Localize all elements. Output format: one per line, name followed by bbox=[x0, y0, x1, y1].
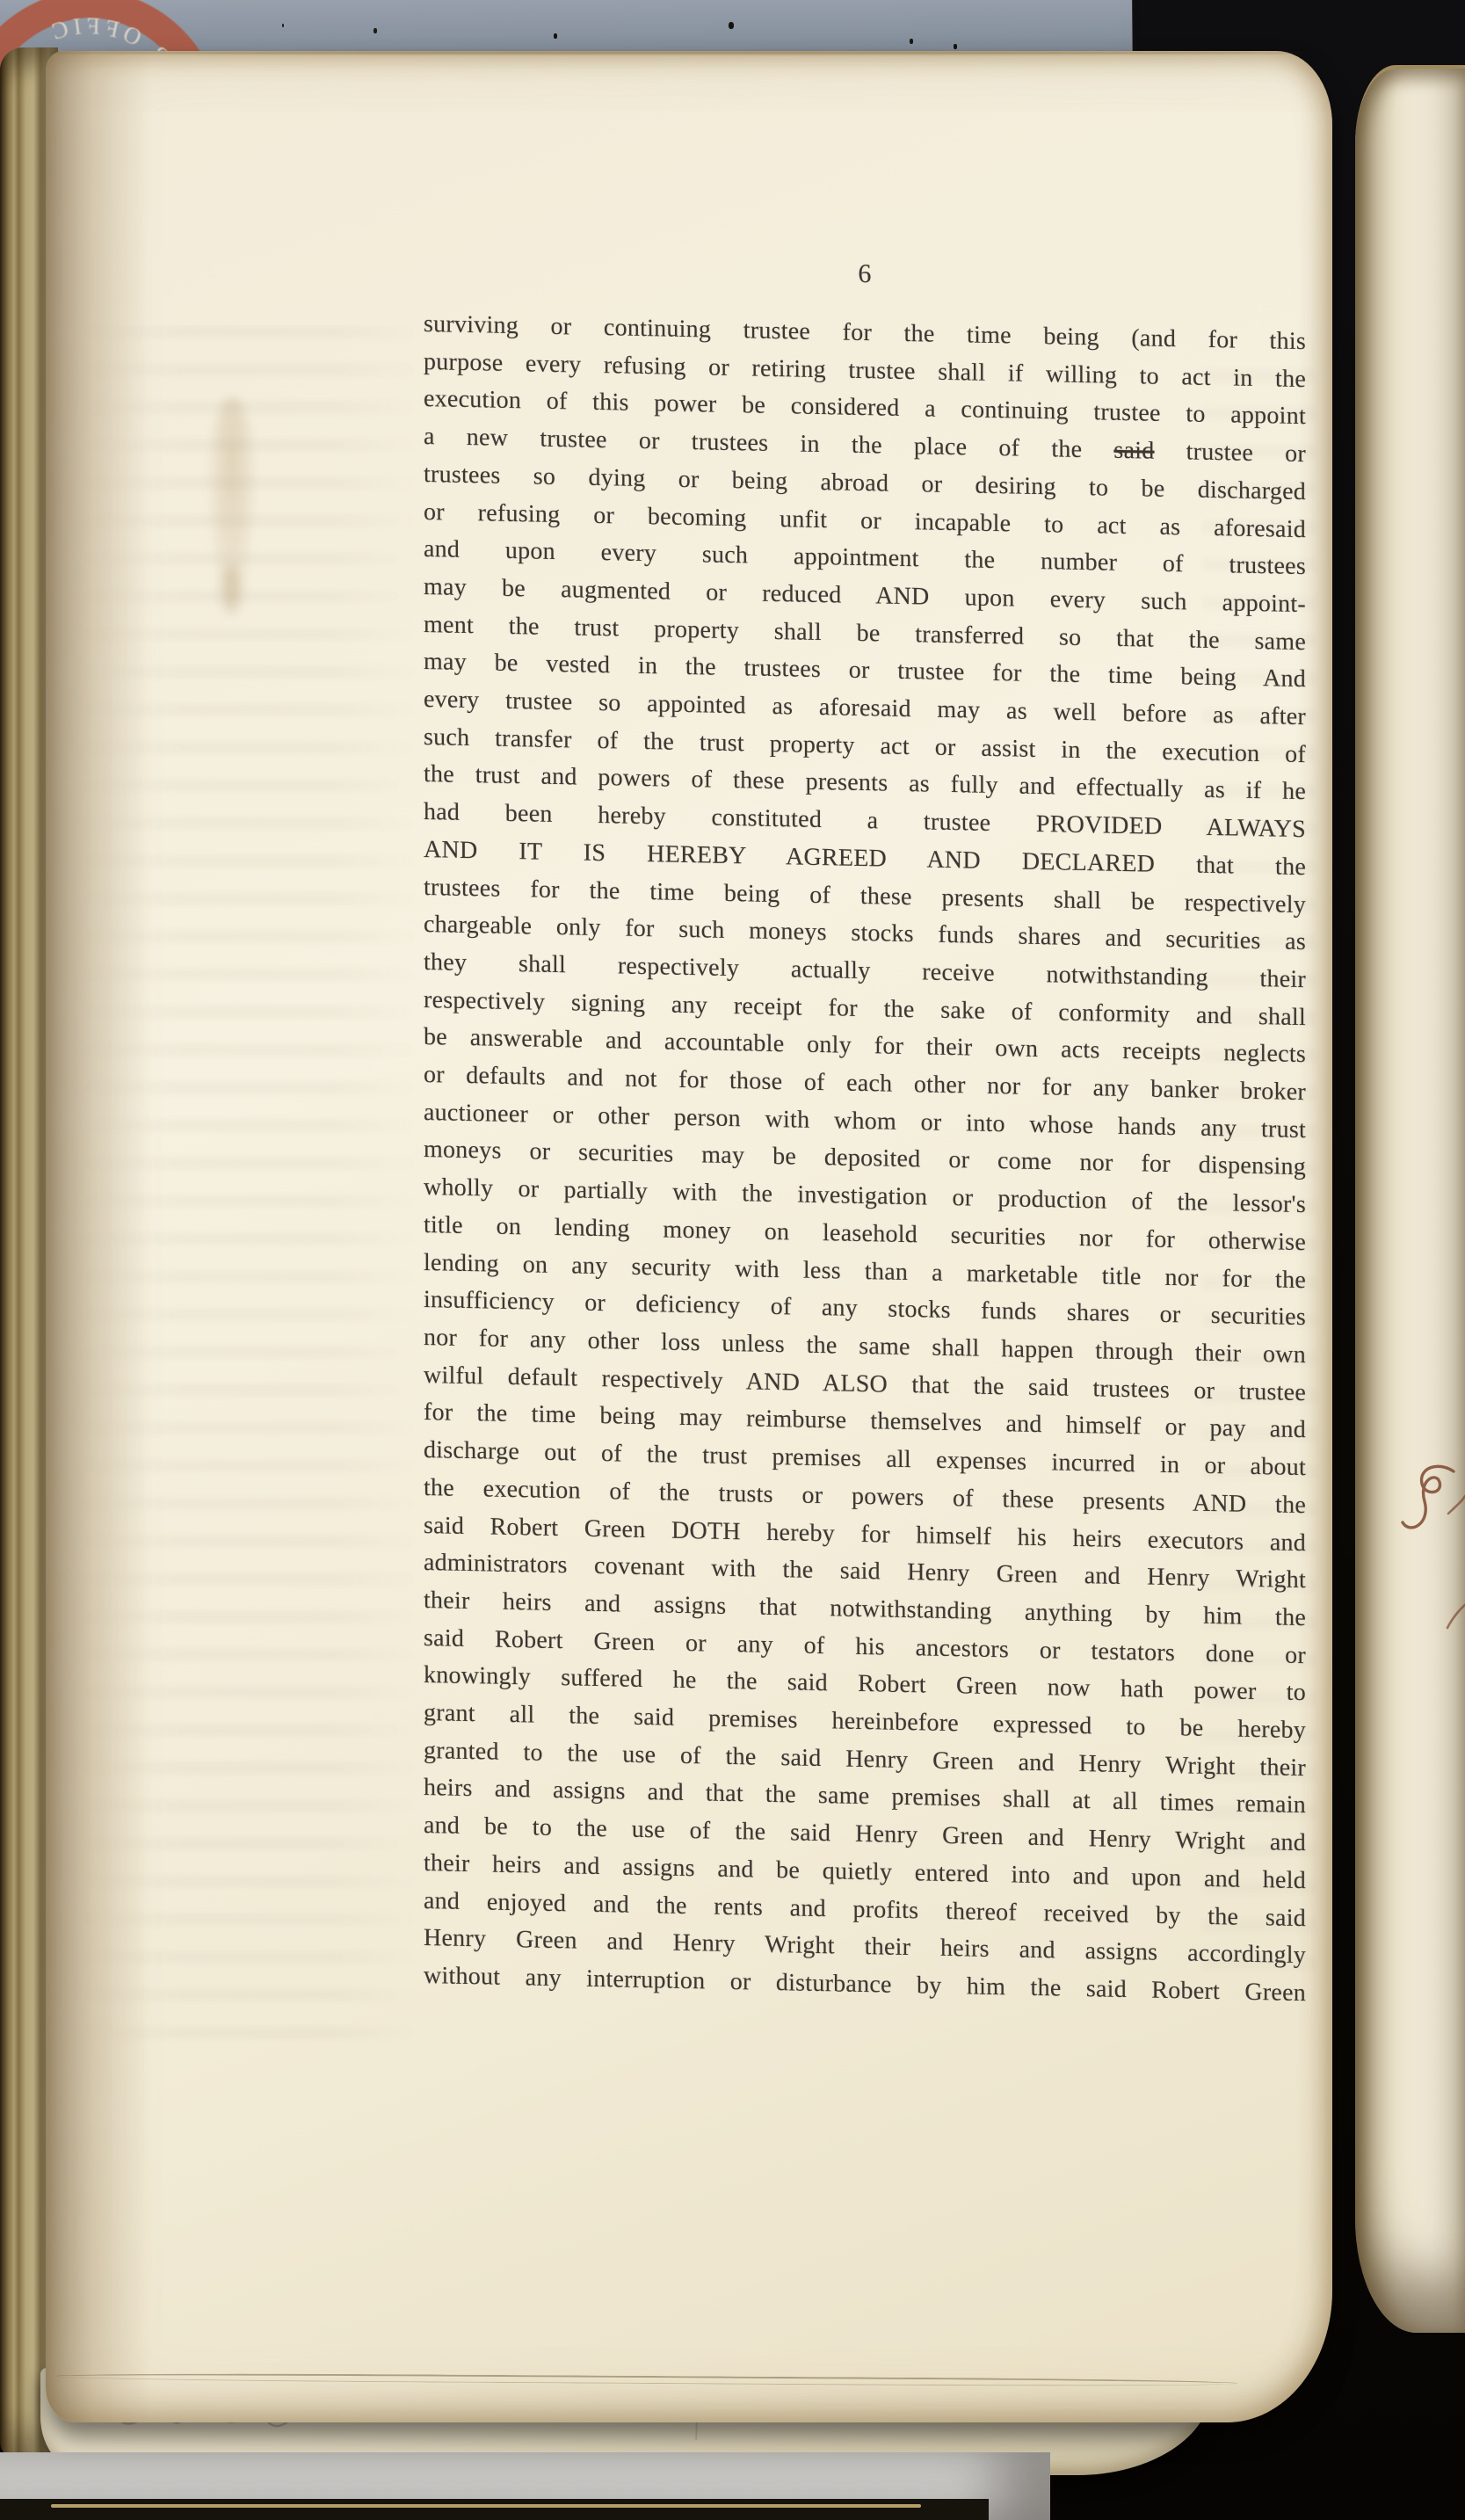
struck-word: said bbox=[1113, 437, 1154, 465]
ink-flourish-handwriting bbox=[1396, 1461, 1465, 1545]
printed-text-block: 6 surviving or continuing trustee for th… bbox=[424, 248, 1306, 2013]
showthrough-left bbox=[77, 325, 420, 2048]
book-base-edge bbox=[0, 2499, 989, 2520]
scanned-deed-page: ER OFFIC 6 surviving or continuing trust… bbox=[0, 0, 1465, 2520]
facing-page-edge bbox=[1355, 65, 1465, 2333]
paper-specks bbox=[554, 33, 557, 39]
page-bottom-edge-line bbox=[54, 2372, 1238, 2387]
text-lines: surviving or continuing trustee for the … bbox=[424, 306, 1306, 2013]
ink-tick-mark bbox=[1445, 1601, 1465, 1631]
